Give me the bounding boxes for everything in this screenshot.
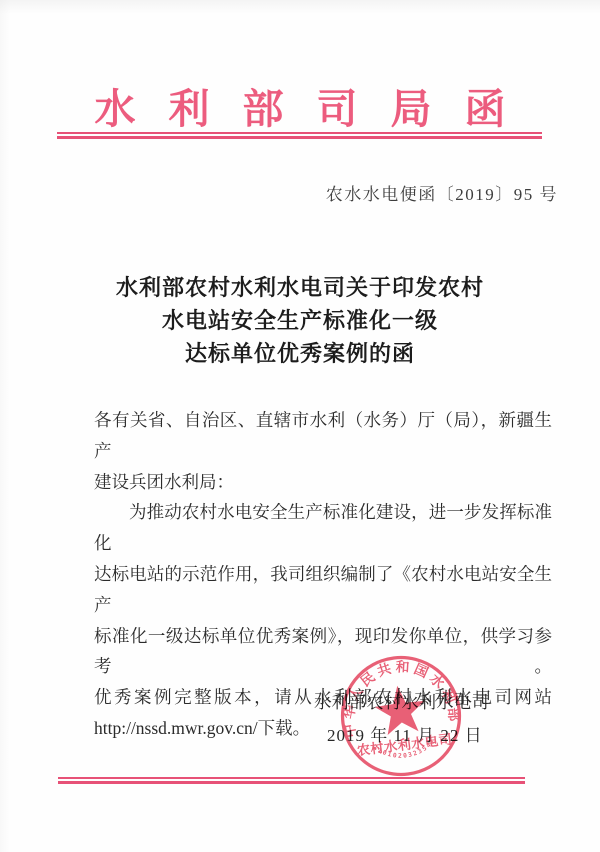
body-line-2: 达标电站的示范作用，我司组织编制了《农村水电站安全生产 — [94, 559, 552, 621]
document-number: 农水水电便函〔2019〕95 号 — [0, 180, 558, 205]
masthead-double-rule — [57, 132, 542, 139]
salutation-line-2: 建设兵团水利局： — [94, 467, 552, 498]
rule-thick-line — [57, 136, 542, 139]
letter-title-line-2: 水电站安全生产标准化一级 — [0, 304, 600, 337]
salutation-line-1: 各有关省、自治区、直辖市水利（水务）厅（局），新疆生产 — [94, 405, 552, 467]
letter-title-line-3: 达标单位优秀案例的函 — [0, 337, 600, 370]
rule-thick-line — [58, 781, 525, 784]
body-line-3: 标准化一级达标单位优秀案例》，现印发你单位，供学习参考。 — [94, 621, 552, 683]
body-line-1: 为推动农村水电安全生产标准化建设，进一步发挥标准化 — [94, 497, 552, 559]
scanned-official-letter: 水利部司局函 农水水电便函〔2019〕95 号 水利部农村水利水电司关于印发农村… — [0, 0, 600, 852]
letter-title: 水利部农村水利水电司关于印发农村 水电站安全生产标准化一级 达标单位优秀案例的函 — [0, 271, 600, 370]
letter-title-line-1: 水利部农村水利水电司关于印发农村 — [0, 271, 600, 304]
masthead-title: 水利部司局函 — [0, 76, 600, 135]
letter-date: 2019 年 11 月 22 日 — [327, 721, 483, 746]
signing-department: 水利部农村水利水电司 — [314, 688, 489, 713]
download-url-line: http://nssd.mwr.gov.cn/下载。 — [94, 713, 552, 744]
footer-double-rule — [58, 777, 525, 784]
